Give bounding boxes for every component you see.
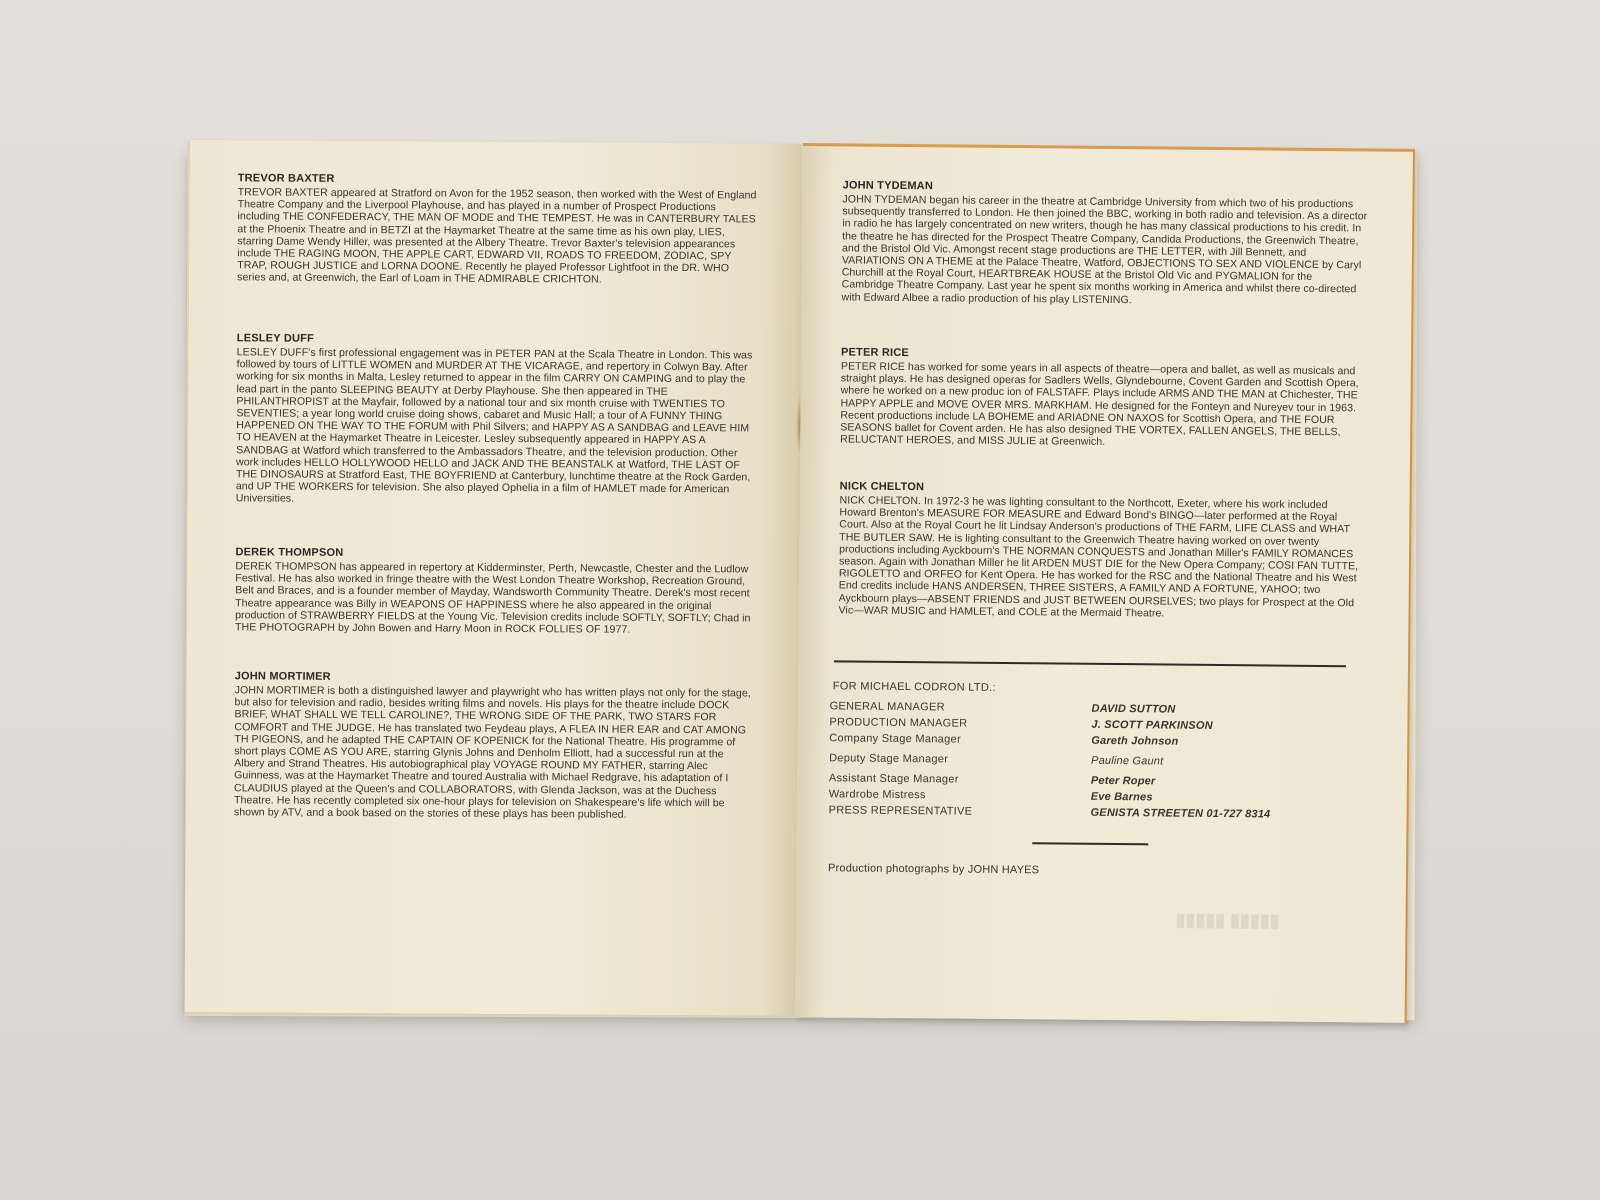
credit-name: Gareth Johnson [1091, 735, 1178, 748]
credits-heading: FOR MICHAEL CODRON LTD.: [833, 680, 996, 694]
credit-name: Peter Roper [1091, 775, 1156, 788]
credit-name: Pauline Gaunt [1091, 755, 1163, 768]
credit-name: GENISTA STREETEN 01-727 8314 [1091, 807, 1271, 821]
photo-credit: Production photographs by JOHN HAYES [828, 862, 1039, 876]
bio-name: JOHN MORTIMER [235, 670, 755, 685]
bio-text: JOHN TYDEMAN began his career in the the… [841, 193, 1367, 308]
section-divider [834, 660, 1346, 667]
credit-role: PRODUCTION MANAGER [829, 716, 967, 729]
bio-text: DEREK THOMPSON has appeared in repertory… [235, 560, 755, 636]
bio-derek-thompson: DEREK THOMPSON DEREK THOMPSON has appear… [235, 546, 756, 636]
credit-role: Assistant Stage Manager [829, 772, 959, 785]
bio-name: LESLEY DUFF [237, 332, 757, 347]
credit-name: DAVID SUTTON [1092, 703, 1176, 716]
short-divider [1032, 842, 1148, 845]
bio-trevor-baxter: TREVOR BAXTER TREVOR BAXTER appeared at … [237, 172, 758, 287]
credit-role: Deputy Stage Manager [829, 752, 948, 765]
credit-role: PRESS REPRESENTATIVE [829, 804, 973, 817]
bio-text: NICK CHELTON. In 1972-3 he was lighting … [838, 494, 1364, 621]
bio-text: TREVOR BAXTER appeared at Stratford on A… [237, 186, 758, 287]
left-page: TREVOR BAXTER TREVOR BAXTER appeared at … [185, 140, 802, 1016]
credit-role: GENERAL MANAGER [830, 700, 945, 713]
bio-text: PETER RICE has worked for some years in … [840, 360, 1366, 450]
bio-peter-rice: PETER RICE PETER RICE has worked for som… [840, 346, 1366, 450]
bio-text: JOHN MORTIMER is both a distinguished la… [234, 684, 755, 821]
bio-john-mortimer: JOHN MORTIMER JOHN MORTIMER is both a di… [234, 670, 755, 821]
credit-row: Deputy Stage Manager Pauline Gaunt [829, 752, 1349, 773]
credit-name: J. SCOTT PARKINSON [1091, 719, 1212, 732]
bio-lesley-duff: LESLEY DUFF LESLEY DUFF's first professi… [236, 332, 757, 508]
credit-role: Company Stage Manager [829, 732, 961, 745]
show-through-print: ▮▮▮▮▮ ▮▮▮▮▮ [1175, 910, 1279, 932]
credit-role: Wardrobe Mistress [829, 788, 926, 801]
bio-text: LESLEY DUFF's first professional engagem… [236, 346, 757, 508]
credit-name: Eve Barnes [1091, 791, 1153, 804]
bio-name: TREVOR BAXTER [238, 172, 758, 187]
bio-nick-chelton: NICK CHELTON NICK CHELTON. In 1972-3 he … [838, 480, 1364, 621]
right-page: ▮▮▮▮▮ ▮▮▮▮▮ JOHN TYDEMAN JOHN TYDEMAN be… [795, 143, 1415, 1023]
bio-name: DEREK THOMPSON [235, 546, 755, 561]
bio-john-tydeman: JOHN TYDEMAN JOHN TYDEMAN began his care… [841, 179, 1367, 308]
